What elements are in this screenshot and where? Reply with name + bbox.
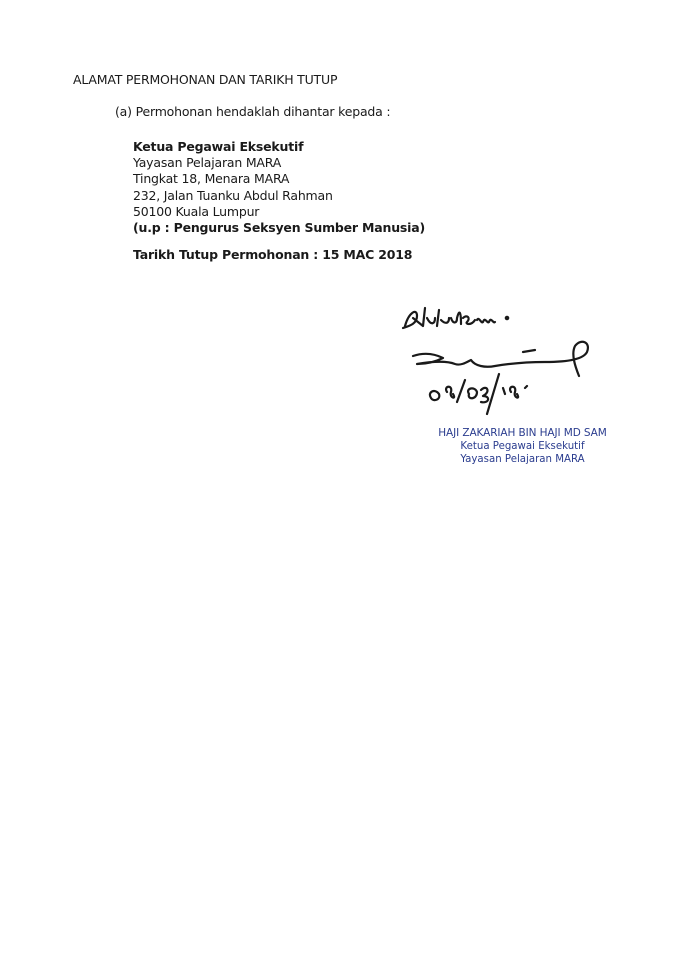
- section-heading: ALAMAT PERMOHONAN DAN TARIKH TUTUP: [73, 72, 337, 87]
- address-line: Tingkat 18, Menara MARA: [133, 171, 425, 187]
- address-line: 232, Jalan Tuanku Abdul Rahman: [133, 188, 425, 204]
- signatory-name: HAJI ZAKARIAH BIN HAJI MD SAM: [425, 427, 620, 440]
- signatory-organization: Yayasan Pelajaran MARA: [425, 453, 620, 466]
- address-line: Yayasan Pelajaran MARA: [133, 155, 425, 171]
- address-line: 50100 Kuala Lumpur: [133, 204, 425, 220]
- intro-text: (a) Permohonan hendaklah dihantar kepada…: [115, 104, 390, 119]
- handwritten-signature: [395, 296, 615, 421]
- signatory-position: Ketua Pegawai Eksekutif: [425, 440, 620, 453]
- address-attention: (u.p : Pengurus Seksyen Sumber Manusia): [133, 220, 425, 236]
- signatory-block: HAJI ZAKARIAH BIN HAJI MD SAM Ketua Pega…: [425, 427, 620, 466]
- closing-date: Tarikh Tutup Permohonan : 15 MAC 2018: [133, 247, 412, 262]
- address-block: Ketua Pegawai Eksekutif Yayasan Pelajara…: [133, 139, 425, 236]
- address-title: Ketua Pegawai Eksekutif: [133, 139, 425, 155]
